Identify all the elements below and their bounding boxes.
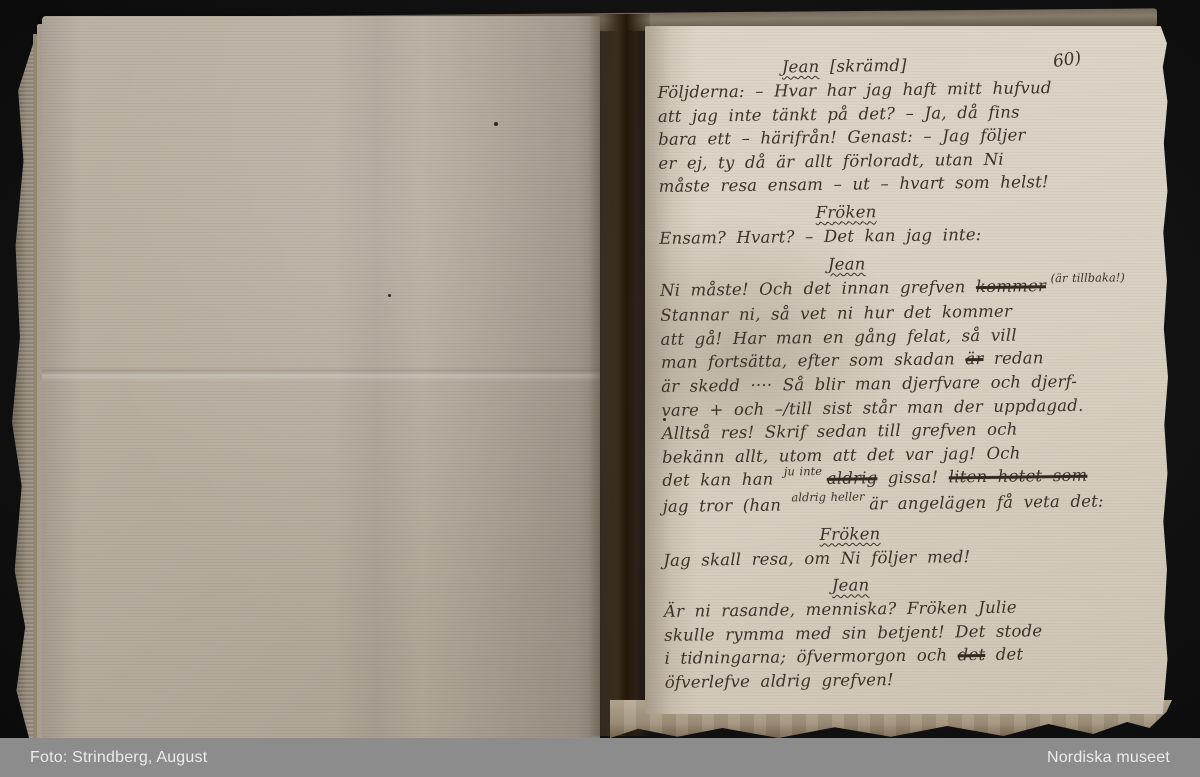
manuscript-line: måste resa ensam – ut – hvart som helst!	[659, 169, 1137, 198]
manuscript-heading: Fröken	[607, 199, 1085, 226]
manuscript-lines: Jean [skrämd]Följderna: – Hvar har jag h…	[657, 47, 1143, 694]
manuscript-line: jag tror (han aldrig heller är angelägen…	[662, 489, 1140, 520]
caption-bar: Foto: Strindberg, August Nordiska museet	[0, 738, 1200, 777]
manuscript-heading: Fröken	[611, 520, 1089, 547]
museum-credit-label: Nordiska museet	[1047, 749, 1170, 767]
paper-speck	[388, 294, 391, 297]
manuscript-heading: Jean	[612, 572, 1090, 599]
manuscript-heading: Jean	[608, 250, 1086, 277]
right-manuscript-page: 60) Jean [skrämd]Följderna: – Hvar har j…	[645, 26, 1168, 714]
paper-speck	[663, 418, 666, 421]
paper-speck	[494, 122, 498, 126]
manuscript-line: Ensam? Hvart? – Det kan jag inte:	[659, 221, 1137, 250]
left-blank-page	[42, 16, 600, 742]
manuscript-heading: Jean [skrämd]	[605, 53, 1083, 80]
museum-photo-viewer: 60) Jean [skrämd]Följderna: – Hvar har j…	[0, 0, 1200, 777]
photo-credit-label: Foto: Strindberg, August	[30, 749, 207, 767]
manuscript-book-photo: 60) Jean [skrämd]Följderna: – Hvar har j…	[0, 0, 1200, 777]
manuscript-line: Jag skall resa, om Ni följer med!	[663, 543, 1141, 572]
manuscript-line: öfverlefve aldrig grefven!	[665, 665, 1143, 694]
book-gutter	[588, 14, 650, 736]
